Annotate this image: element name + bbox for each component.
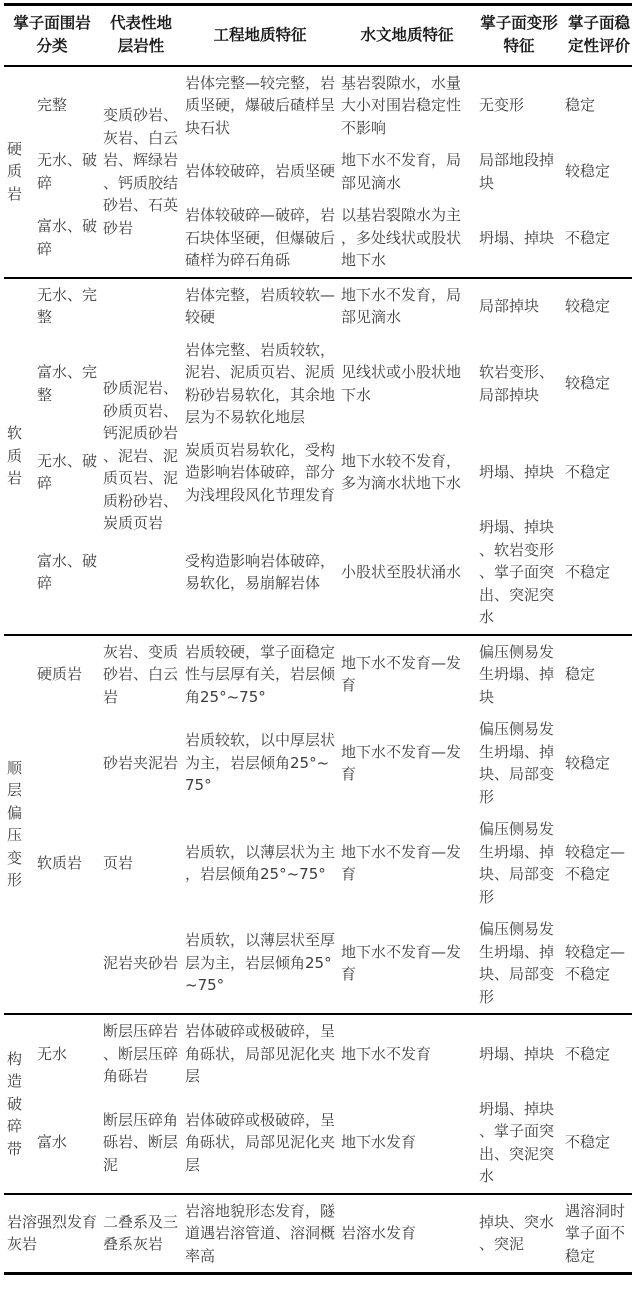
cell-subclass: 无水、完整 [34,278,100,334]
group-label-soft-rock: 软质岩 [4,278,34,635]
cell-stability: 稳定 [562,66,632,145]
cell-stability: 不稳定 [562,1093,632,1194]
cell-subclass: 无水 [34,1014,100,1093]
cell-stability: 稳定 [562,635,632,714]
cell-engineering: 岩质较软，以中厚层状为主，岩层倾角25°~75° [182,713,338,813]
group-label-bedding-bias: 顺层偏压变形 [4,635,34,1015]
cell-subclass: 无水、破碎 [34,144,100,199]
cell-hydrogeology: 地下水不发育—发育 [338,635,476,714]
cell-subclass: 富水 [34,1093,100,1194]
cell-deformation: 局部掉块 [476,278,562,334]
cell-deformation: 坍塌、掉块 [476,434,562,512]
table-row: 构造破碎带 无水 断层压碎岩、断层压碎角砾岩 岩体破碎或极破碎，呈角砾状，局部见… [4,1014,632,1093]
col-header-deformation: 掌子面变形特征 [476,5,562,66]
cell-deformation: 偏压侧易发生坍塌、掉块 [476,635,562,714]
cell-lithology: 砂岩夹泥岩 [100,713,182,813]
cell-lithology: 泥岩夹砂岩 [100,913,182,1014]
cell-hydrogeology: 基岩裂隙水，水量大小对围岩稳定性不影响 [338,66,476,145]
table-row: 硬质岩 完整 变质砂岩、灰岩、白云岩、辉绿岩、钙质胶结砂岩、石英砂岩 岩体完整—… [4,66,632,145]
cell-deformation: 坍塌、掉块 [476,1014,562,1093]
col-header-engineering: 工程地质特征 [182,5,338,66]
cell-deformation: 软岩变形、局部掉块 [476,334,562,434]
cell-subclass: 软质岩 [34,713,100,1014]
group-label-fault-zone: 构造破碎带 [4,1014,34,1194]
table-row: 软质岩 无水、完整 砂质泥岩、砂质页岩、钙泥质砂岩、泥岩、泥质页岩、泥质粉砂岩、… [4,278,632,334]
cell-hydrogeology: 地下水不发育—发育 [338,913,476,1014]
cell-hydrogeology: 见线状或小股状地下水 [338,334,476,434]
cell-deformation: 坍塌、掉块、掌子面突出、突泥突水 [476,1093,562,1194]
cell-subclass: 富水、完整 [34,334,100,434]
cell-engineering: 岩质较硬，掌子面稳定性与层厚有关，岩层倾角25°~75° [182,635,338,714]
cell-engineering: 岩体完整、岩质较软，泥岩、泥质页岩、泥质粉砂岩易软化，其余地层为不易软化地层 [182,334,338,434]
cell-stability: 较稳定—不稳定 [562,813,632,913]
cell-deformation: 偏压侧易发生坍塌、掉块、局部变形 [476,713,562,813]
table-row: 无水、破碎 炭质页岩易软化，受构造影响岩体破碎，部分为浅埋段风化节理发育 地下水… [4,434,632,512]
table-row: 富水、破碎 受构造影响岩体破碎，易软化，易崩解岩体 小股状至股状涌水 坍塌、掉块… [4,511,632,635]
cell-hydrogeology: 地下水不发育—发育 [338,713,476,813]
group-label-hard-rock: 硬质岩 [4,66,34,278]
page: 掌子面围岩分类 代表性地层岩性 工程地质特征 水文地质特征 掌子面变形特征 掌子… [0,0,632,1278]
cell-subclass: 无水、破碎 [34,434,100,512]
cell-subclass: 富水、破碎 [34,199,100,278]
table-row: 岩溶强烈发育灰岩 二叠系及三叠系灰岩 岩溶地貌形态发育，隧道遇岩溶管道、溶洞概率… [4,1194,632,1274]
cell-deformation: 偏压侧易发生坍塌、掉块、局部变形 [476,913,562,1014]
cell-subclass: 硬质岩 [34,635,100,714]
cell-lithology: 变质砂岩、灰岩、白云岩、辉绿岩、钙质胶结砂岩、石英砂岩 [100,66,182,278]
cell-hydrogeology: 小股状至股状涌水 [338,511,476,635]
cell-hydrogeology: 地下水不发育，局部见滴水 [338,144,476,199]
col-header-hydrogeology: 水文地质特征 [338,5,476,66]
cell-deformation: 局部地段掉块 [476,144,562,199]
cell-stability: 较稳定 [562,144,632,199]
cell-hydrogeology: 地下水不发育—发育 [338,813,476,913]
cell-engineering: 岩体破碎或极破碎，呈角砾状，局部见泥化夹层 [182,1014,338,1093]
cell-subclass: 富水、破碎 [34,511,100,635]
cell-lithology: 断层压碎岩、断层压碎角砾岩 [100,1014,182,1093]
cell-deformation: 掉块、突水、突泥 [476,1194,562,1274]
cell-engineering: 岩体完整，岩质较软—较硬 [182,278,338,334]
group-label-karst-limestone: 岩溶强烈发育灰岩 [4,1194,100,1274]
cell-stability: 不稳定 [562,511,632,635]
cell-engineering: 岩体较破碎，岩质坚硬 [182,144,338,199]
cell-hydrogeology: 地下水不发育 [338,1014,476,1093]
cell-engineering: 岩体完整—较完整，岩质坚硬，爆破后碴样呈块石状 [182,66,338,145]
cell-engineering: 炭质页岩易软化，受构造影响岩体破碎，部分为浅埋段风化节理发育 [182,434,338,512]
cell-hydrogeology: 地下水较不发育，多为滴水状地下水 [338,434,476,512]
cell-lithology: 二叠系及三叠系灰岩 [100,1194,182,1274]
cell-stability: 较稳定—不稳定 [562,913,632,1014]
table-row: 富水 断层压碎角砾岩、断层泥 岩体破碎或极破碎，呈角砾状，局部见泥化夹层 地下水… [4,1093,632,1194]
table-row: 顺层偏压变形 硬质岩 灰岩、变质砂岩、白云岩 岩质较硬，掌子面稳定性与层厚有关，… [4,635,632,714]
cell-engineering: 岩体破碎或极破碎，呈角砾状，局部见泥化夹层 [182,1093,338,1194]
rock-classification-table: 掌子面围岩分类 代表性地层岩性 工程地质特征 水文地质特征 掌子面变形特征 掌子… [4,3,632,1275]
cell-hydrogeology: 岩溶水发育 [338,1194,476,1274]
header-row: 掌子面围岩分类 代表性地层岩性 工程地质特征 水文地质特征 掌子面变形特征 掌子… [4,5,632,66]
col-header-stability: 掌子面稳定性评价 [562,5,632,66]
table-row: 富水、破碎 岩体较破碎—破碎，岩石块体坚硬，但爆破后碴样为碎石角砾 以基岩裂隙水… [4,199,632,278]
table-row: 软质岩 砂岩夹泥岩 岩质较软，以中厚层状为主，岩层倾角25°~75° 地下水不发… [4,713,632,813]
table-row: 富水、完整 岩体完整、岩质较软，泥岩、泥质页岩、泥质粉砂岩易软化，其余地层为不易… [4,334,632,434]
cell-stability: 不稳定 [562,1014,632,1093]
cell-deformation: 无变形 [476,66,562,145]
cell-hydrogeology: 地下水不发育，局部见滴水 [338,278,476,334]
cell-lithology: 页岩 [100,813,182,913]
cell-stability: 较稳定 [562,334,632,434]
table-row: 无水、破碎 岩体较破碎，岩质坚硬 地下水不发育，局部见滴水 局部地段掉块 较稳定 [4,144,632,199]
col-header-lithology: 代表性地层岩性 [100,5,182,66]
cell-hydrogeology: 以基岩裂隙水为主，多处线状或股状地下水 [338,199,476,278]
cell-lithology: 断层压碎角砾岩、断层泥 [100,1093,182,1194]
cell-lithology: 灰岩、变质砂岩、白云岩 [100,635,182,714]
cell-hydrogeology: 地下水发育 [338,1093,476,1194]
col-header-classification: 掌子面围岩分类 [4,5,100,66]
cell-engineering: 岩溶地貌形态发育，隧道遇岩溶管道、溶洞概率高 [182,1194,338,1274]
cell-stability: 遇溶洞时掌子面不稳定 [562,1194,632,1274]
cell-stability: 不稳定 [562,434,632,512]
cell-subclass: 完整 [34,66,100,145]
cell-engineering: 受构造影响岩体破碎，易软化，易崩解岩体 [182,511,338,635]
cell-deformation: 坍塌、掉块、软岩变形、掌子面突出、突泥突水 [476,511,562,635]
cell-stability: 不稳定 [562,199,632,278]
cell-lithology: 砂质泥岩、砂质页岩、钙泥质砂岩、泥岩、泥质页岩、泥质粉砂岩、炭质页岩 [100,278,182,635]
cell-deformation: 坍塌、掉块 [476,199,562,278]
cell-engineering: 岩质软，以薄层状至厚层为主，岩层倾角25°~75° [182,913,338,1014]
cell-engineering: 岩质软，以薄层状为主，岩层倾角25°~75° [182,813,338,913]
cell-engineering: 岩体较破碎—破碎，岩石块体坚硬，但爆破后碴样为碎石角砾 [182,199,338,278]
cell-deformation: 偏压侧易发生坍塌、掉块、局部变形 [476,813,562,913]
cell-stability: 较稳定 [562,713,632,813]
cell-stability: 较稳定 [562,278,632,334]
